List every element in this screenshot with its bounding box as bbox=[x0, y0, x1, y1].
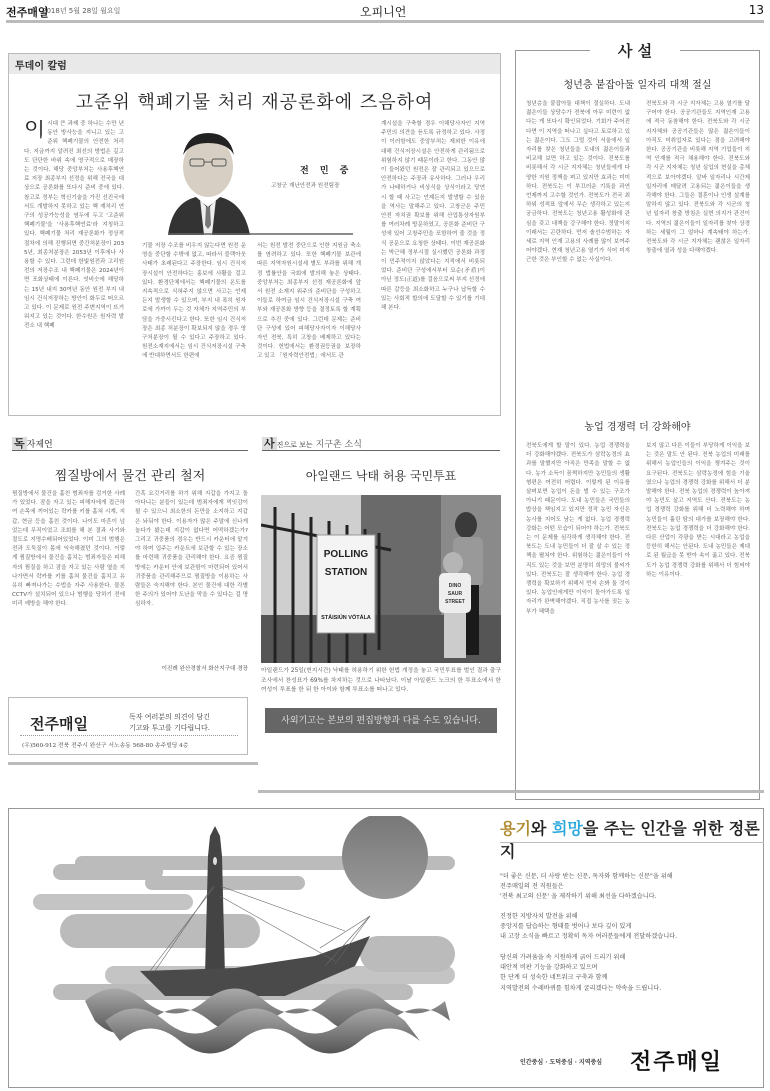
contact-logo: 전주매일 bbox=[30, 713, 88, 734]
author-role: 고창군 재난안전과 원전팀장 bbox=[271, 181, 339, 189]
reader-opinion-label: 독자제언 bbox=[12, 435, 248, 451]
editorial-1-headline: 청년층 붙잡아둘 일자리 대책 절실 bbox=[515, 76, 760, 91]
reader-opinion-byline: 이진례 완산경찰서 화산지구대 경장 bbox=[135, 664, 248, 672]
editorial-1-text-1: 청년층을 붙잡아둘 대책이 절실하다. 도내 젊은이들 상당수가 전북에 아무 … bbox=[526, 100, 630, 405]
issue-date: 2018년 5월 28일 월요일 bbox=[42, 6, 120, 16]
world-photo-label: 사진으로 보는 지구촌 소식 bbox=[262, 435, 500, 451]
svg-text:STÁISIÚN VÓTÁLA: STÁISIÚN VÓTÁLA bbox=[321, 613, 371, 621]
reader-opinion-text-1: 찜질방에서 물건을 훔친 범죄자를 검거한 사례가 있었다. 잠을 자고 있는 … bbox=[12, 490, 125, 665]
author-portrait bbox=[168, 125, 353, 235]
dropcap: 이 bbox=[24, 120, 45, 140]
contact-message: 독자 여러분의 의견이 담긴 기고와 투고를 기다립니다. bbox=[122, 712, 217, 734]
editorial-2-headline: 농업 경쟁력 더 강화해야 bbox=[515, 418, 760, 433]
author-name: 전 민 중 bbox=[300, 163, 352, 176]
world-photo-headline: 아일랜드 낙태 허용 국민투표 bbox=[262, 467, 500, 484]
today-column-label: 투데이 칼럼 bbox=[9, 54, 500, 74]
today-column-headline: 고준위 핵폐기물 처리 재공론화에 즈음하여 bbox=[9, 88, 500, 114]
svg-text:SAUR: SAUR bbox=[448, 591, 463, 597]
ad-paragraph-3: 당신의 가려움을 속 시원하게 긁어 드리기 위해 대안적 비판 기능을 강화하… bbox=[500, 953, 760, 994]
section-title: 오피니언 bbox=[360, 3, 406, 20]
ad-slogan: 인간중심 · 도덕중심 · 지역중심 bbox=[520, 1057, 602, 1066]
ad-headline: 용기와 희망을 주는 인간을 위한 정론지 bbox=[500, 816, 770, 862]
editorial-1-text-2: 전북도와 각 시군 지자체는 고용 열기를 달구어야 한다. 공공기관들도 지역… bbox=[646, 100, 750, 405]
ad-paragraph-2: 진정한 지방자치 발전을 위해 중앙지를 답습하는 형태를 벗어나 보다 깊이 … bbox=[500, 912, 760, 943]
ad-paragraph-1: "더 좋은 신문, 더 사랑 받는 신문, 독자와 함께하는 신문"을 위해 전… bbox=[500, 872, 760, 903]
svg-text:DINO: DINO bbox=[449, 583, 462, 589]
photo-caption: 아일랜드가 25일(현지시간) 낙태를 허용하기 위한 헌법 개정을 놓고 국민… bbox=[261, 667, 501, 696]
pen-ship-illustration bbox=[25, 816, 455, 1061]
page-number: 13 bbox=[749, 3, 764, 17]
header-divider bbox=[6, 20, 764, 23]
editorial-2-text-2: 보지 않고 다른 이들이 부당하게 이익을 보는 것은 말도 안 된다. 전북 … bbox=[646, 442, 750, 762]
reader-opinion-headline: 찜질방에서 물건 관리 철저 bbox=[12, 465, 248, 484]
editorial-2-text-1: 전북도에게 할 말이 있다. 농업 경쟁력을 더 강화해야겠다. 전북도가 삼락… bbox=[526, 442, 630, 762]
contribution-notice: 사외기고는 본보의 편집방향과 다를 수도 있습니다. bbox=[265, 708, 497, 733]
today-column-text-4: 계시설을 구축할 경우 이해당사자인 지역주민의 의견을 듣도록 규정하고 있다… bbox=[381, 120, 485, 400]
today-column-text-1: 이 시대 큰 과제 중 하나는 수만 년 동안 방사능을 지니고 있는 고준위 … bbox=[24, 120, 124, 375]
svg-text:STATION: STATION bbox=[325, 567, 367, 578]
svg-text:POLLING: POLLING bbox=[324, 549, 369, 560]
today-column-text-2: 기물 저장 수조를 비우지 않는다면 원전 운영을 중단할 수밖에 없고, 따라… bbox=[142, 242, 246, 400]
contact-divider bbox=[20, 735, 238, 736]
svg-text:STREET: STREET bbox=[445, 599, 465, 605]
polling-station-photo: POLLING STATION STÁISIÚN VÓTÁLA DINO SAU… bbox=[261, 495, 501, 663]
editorial-label: 사 설 bbox=[590, 40, 680, 61]
section-divider-right bbox=[258, 790, 764, 793]
contact-address: (우)560-912 전북 전주시 완산구 서노송동 568-80 송주빌딩 4… bbox=[22, 740, 188, 749]
ad-logo: 전주매일 bbox=[630, 1045, 723, 1076]
today-column-text-3: 서는 원전 발전 중단으로 인한 지원금 축소를 염려하고 있다. 또한 핵폐기… bbox=[257, 242, 361, 400]
section-divider-left bbox=[8, 762, 258, 765]
reader-opinion-text-2: 간혹 요깃거리를 하기 위해 지갑을 가지고 돌아다니는 분들이 있는데 범죄자… bbox=[135, 490, 248, 655]
ad-headline-rule bbox=[500, 842, 764, 843]
